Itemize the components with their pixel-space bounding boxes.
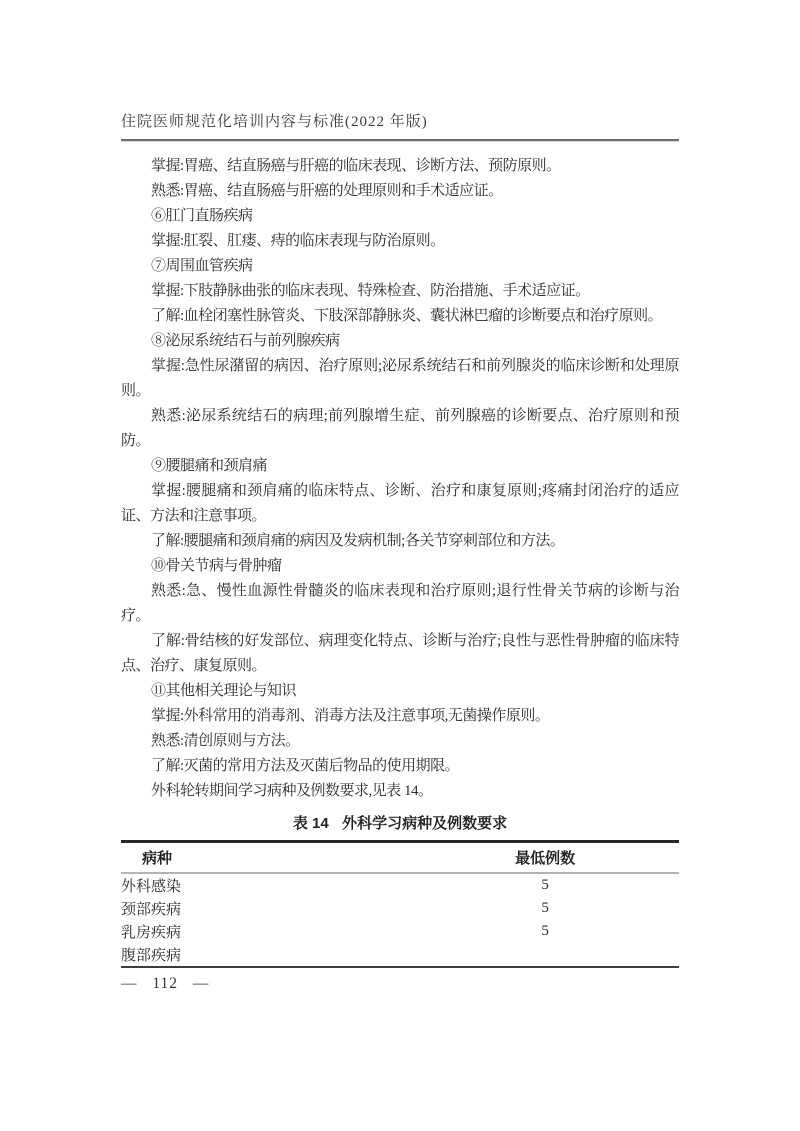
paragraph: 熟悉:泌尿系统结石的病理;前列腺增生症、前列腺癌的诊断要点、治疗原则和预防。 [121, 404, 679, 454]
paragraph: 了解:灭菌的常用方法及灭菌后物品的使用期限。 [121, 754, 679, 779]
paragraph: 掌握:下肢静脉曲张的临床表现、特殊检查、防治措施、手术适应证。 [121, 279, 679, 304]
body-text: 掌握:胃癌、结直肠癌与肝癌的临床表现、诊断方法、预防原则。 熟悉:胃癌、结直肠癌… [121, 154, 679, 804]
table-row: 外科感染 5 [121, 873, 679, 897]
paragraph: ⑪其他相关理论与知识 [121, 679, 679, 704]
disease-table: 病种 最低例数 外科感染 5 颈部疾病 5 乳房疾病 5 [121, 840, 679, 968]
paragraph: 了解:血栓闭塞性脉管炎、下肢深部静脉炎、囊状淋巴瘤的诊断要点和治疗原则。 [121, 304, 679, 329]
paragraph: ⑧泌尿系统结石与前列腺疾病 [121, 329, 679, 354]
paragraph: 熟悉:胃癌、结直肠癌与肝癌的处理原则和手术适应证。 [121, 179, 679, 204]
header-rule [121, 139, 679, 142]
table-caption: 表 14外科学习病种及例数要求 [121, 812, 679, 833]
cell-disease: 外科感染 [121, 873, 411, 897]
cell-disease: 乳房疾病 [121, 920, 411, 943]
table-section: 表 14外科学习病种及例数要求 病种 最低例数 外科感染 5 颈部疾病 [121, 812, 679, 968]
table-row: 腹部疾病 [121, 943, 679, 967]
paragraph: 了解:腰腿痛和颈肩痛的病因及发病机制;各关节穿刺部位和方法。 [121, 529, 679, 554]
document-title: 住院医师规范化培训内容与标准(2022 年版) [121, 113, 679, 131]
page-number: — 112 — [121, 975, 209, 993]
paragraph: ⑨腰腿痛和颈肩痛 [121, 454, 679, 479]
running-header: 住院医师规范化培训内容与标准(2022 年版) [121, 113, 679, 142]
page-content: 住院医师规范化培训内容与标准(2022 年版) 掌握:胃癌、结直肠癌与肝癌的临床… [121, 113, 679, 968]
paragraph: 熟悉:急、慢性血源性骨髓炎的临床表现和治疗原则;退行性骨关节病的诊断与治疗。 [121, 579, 679, 629]
paragraph: 掌握:肛裂、肛瘘、痔的临床表现与防治原则。 [121, 229, 679, 254]
cell-min-cases: 5 [411, 873, 679, 897]
table-row: 乳房疾病 5 [121, 920, 679, 943]
column-header-min-cases: 最低例数 [411, 842, 679, 874]
cell-min-cases [411, 943, 679, 967]
table-caption-title: 外科学习病种及例数要求 [342, 815, 507, 832]
paragraph: 掌握:外科常用的消毒剂、消毒方法及注意事项,无菌操作原则。 [121, 704, 679, 729]
table-caption-label: 表 14 [293, 815, 329, 832]
paragraph: 掌握:胃癌、结直肠癌与肝癌的临床表现、诊断方法、预防原则。 [121, 154, 679, 179]
document-page: 住院医师规范化培训内容与标准(2022 年版) 掌握:胃癌、结直肠癌与肝癌的临床… [0, 0, 800, 1131]
cell-disease: 腹部疾病 [121, 943, 411, 967]
paragraph: ⑩骨关节病与骨肿瘤 [121, 554, 679, 579]
table-header-row: 病种 最低例数 [121, 842, 679, 874]
cell-min-cases: 5 [411, 920, 679, 943]
paragraph: 熟悉:清创原则与方法。 [121, 729, 679, 754]
paragraph: 掌握:腰腿痛和颈肩痛的临床特点、诊断、治疗和康复原则;疼痛封闭治疗的适应证、方法… [121, 479, 679, 529]
paragraph: 掌握:急性尿潴留的病因、治疗原则;泌尿系统结石和前列腺炎的临床诊断和处理原则。 [121, 354, 679, 404]
table-row: 颈部疾病 5 [121, 897, 679, 920]
paragraph: ⑦周围血管疾病 [121, 254, 679, 279]
cell-disease: 颈部疾病 [121, 897, 411, 920]
paragraph: 外科轮转期间学习病种及例数要求,见表 14。 [121, 779, 679, 804]
paragraph: ⑥肛门直肠疾病 [121, 204, 679, 229]
paragraph: 了解:骨结核的好发部位、病理变化特点、诊断与治疗;良性与恶性骨肿瘤的临床特点、治… [121, 629, 679, 679]
cell-min-cases: 5 [411, 897, 679, 920]
column-header-disease: 病种 [121, 842, 411, 874]
